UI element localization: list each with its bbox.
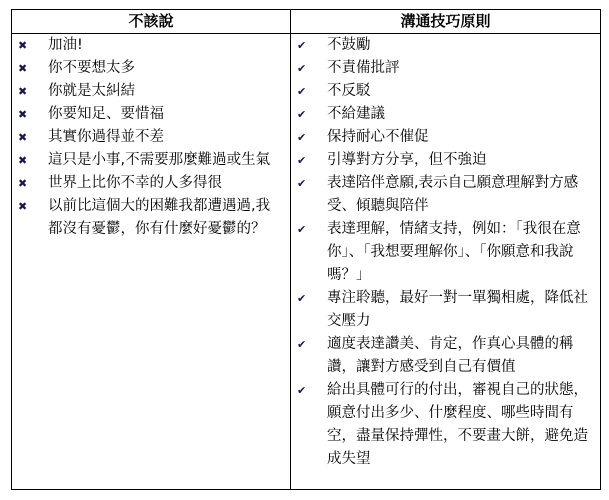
list-item-text: 不給建議 bbox=[327, 103, 600, 126]
check-mark-icon: ✔ bbox=[291, 333, 327, 379]
list-item-text: 引導對方分享，但不強迫 bbox=[327, 149, 600, 172]
list-item: ✖世界上比你不幸的人多得很 bbox=[12, 172, 290, 195]
check-mark-icon: ✔ bbox=[291, 57, 327, 80]
list-item-text: 保持耐心不催促 bbox=[327, 126, 600, 149]
list-item: ✖你不要想太多 bbox=[12, 57, 290, 80]
x-mark-icon: ✖ bbox=[12, 103, 48, 126]
list-item-text: 適度表達讚美、肯定，作真心具體的稱讚，讓對方感受到自己有價值 bbox=[327, 333, 600, 379]
x-mark-icon: ✖ bbox=[12, 80, 48, 103]
list-item: ✔不反駁 bbox=[291, 80, 600, 103]
list-item-text: 其實你過得並不差 bbox=[48, 126, 290, 149]
dont-say-column: ✖加油!✖你不要想太多✖你就是太糾結✖你要知足、要惜福✖其實你過得並不差✖這只是… bbox=[12, 34, 291, 489]
list-item-text: 以前比這個大的困難我都遭遇過,我都沒有憂鬱，你有什麼好憂鬱的？ bbox=[48, 195, 290, 241]
list-item-text: 不責備批評 bbox=[327, 57, 600, 80]
check-mark-icon: ✔ bbox=[291, 172, 327, 218]
list-item: ✖加油! bbox=[12, 34, 290, 57]
list-item: ✖你要知足、要惜福 bbox=[12, 103, 290, 126]
check-mark-icon: ✔ bbox=[291, 287, 327, 333]
list-item: ✔不給建議 bbox=[291, 103, 600, 126]
list-item: ✔不責備批評 bbox=[291, 57, 600, 80]
list-item: ✔不鼓勵 bbox=[291, 34, 600, 57]
list-item: ✔表達陪伴意願,表示自己願意理解對方感受、傾聽與陪伴 bbox=[291, 172, 600, 218]
x-mark-icon: ✖ bbox=[12, 195, 48, 241]
list-item-text: 不反駁 bbox=[327, 80, 600, 103]
x-mark-icon: ✖ bbox=[12, 172, 48, 195]
table-body: ✖加油!✖你不要想太多✖你就是太糾結✖你要知足、要惜福✖其實你過得並不差✖這只是… bbox=[12, 34, 600, 489]
list-item-text: 這只是小事,不需要那麼難過或生氣 bbox=[48, 149, 290, 172]
list-item-text: 表達理解，情緒支持，例如：「我很在意你」、「我想要理解你」、「你願意和我說嗎？」 bbox=[327, 218, 600, 287]
check-mark-icon: ✔ bbox=[291, 103, 327, 126]
list-item: ✔保持耐心不催促 bbox=[291, 126, 600, 149]
list-item-text: 你不要想太多 bbox=[48, 57, 290, 80]
check-mark-icon: ✔ bbox=[291, 218, 327, 287]
check-mark-icon: ✔ bbox=[291, 34, 327, 57]
x-mark-icon: ✖ bbox=[12, 57, 48, 80]
list-item-text: 專注聆聽，最好一對一單獨相處，降低社交壓力 bbox=[327, 287, 600, 333]
header-dont-say: 不該說 bbox=[12, 10, 291, 33]
check-mark-icon: ✔ bbox=[291, 126, 327, 149]
list-item: ✔給出具體可行的付出，審視自己的狀態，願意付出多少、什麼程度、哪些時間有空，盡量… bbox=[291, 379, 600, 471]
list-item-text: 給出具體可行的付出，審視自己的狀態，願意付出多少、什麼程度、哪些時間有空，盡量保… bbox=[327, 379, 600, 471]
list-item: ✔引導對方分享，但不強迫 bbox=[291, 149, 600, 172]
list-item-text: 世界上比你不幸的人多得很 bbox=[48, 172, 290, 195]
list-item-text: 表達陪伴意願,表示自己願意理解對方感受、傾聽與陪伴 bbox=[327, 172, 600, 218]
principles-column: ✔不鼓勵✔不責備批評✔不反駁✔不給建議✔保持耐心不催促✔引導對方分享，但不強迫✔… bbox=[291, 34, 600, 489]
list-item: ✖這只是小事,不需要那麼難過或生氣 bbox=[12, 149, 290, 172]
header-principles: 溝通技巧原則 bbox=[291, 10, 600, 33]
list-item: ✔表達理解，情緒支持，例如：「我很在意你」、「我想要理解你」、「你願意和我說嗎？… bbox=[291, 218, 600, 287]
list-item-text: 你要知足、要惜福 bbox=[48, 103, 290, 126]
list-item: ✔專注聆聽，最好一對一單獨相處，降低社交壓力 bbox=[291, 287, 600, 333]
list-item: ✖以前比這個大的困難我都遭遇過,我都沒有憂鬱，你有什麼好憂鬱的？ bbox=[12, 195, 290, 241]
x-mark-icon: ✖ bbox=[12, 149, 48, 172]
comparison-table: 不該說 溝通技巧原則 ✖加油!✖你不要想太多✖你就是太糾結✖你要知足、要惜福✖其… bbox=[11, 9, 601, 490]
list-item: ✖其實你過得並不差 bbox=[12, 126, 290, 149]
principles-list: ✔不鼓勵✔不責備批評✔不反駁✔不給建議✔保持耐心不催促✔引導對方分享，但不強迫✔… bbox=[291, 34, 600, 471]
list-item-text: 你就是太糾結 bbox=[48, 80, 290, 103]
check-mark-icon: ✔ bbox=[291, 149, 327, 172]
check-mark-icon: ✔ bbox=[291, 80, 327, 103]
x-mark-icon: ✖ bbox=[12, 126, 48, 149]
dont-say-list: ✖加油!✖你不要想太多✖你就是太糾結✖你要知足、要惜福✖其實你過得並不差✖這只是… bbox=[12, 34, 290, 241]
table-header-row: 不該說 溝通技巧原則 bbox=[12, 10, 600, 34]
list-item: ✔適度表達讚美、肯定，作真心具體的稱讚，讓對方感受到自己有價值 bbox=[291, 333, 600, 379]
check-mark-icon: ✔ bbox=[291, 379, 327, 471]
list-item: ✖你就是太糾結 bbox=[12, 80, 290, 103]
x-mark-icon: ✖ bbox=[12, 34, 48, 57]
list-item-text: 不鼓勵 bbox=[327, 34, 600, 57]
list-item-text: 加油! bbox=[48, 34, 290, 57]
